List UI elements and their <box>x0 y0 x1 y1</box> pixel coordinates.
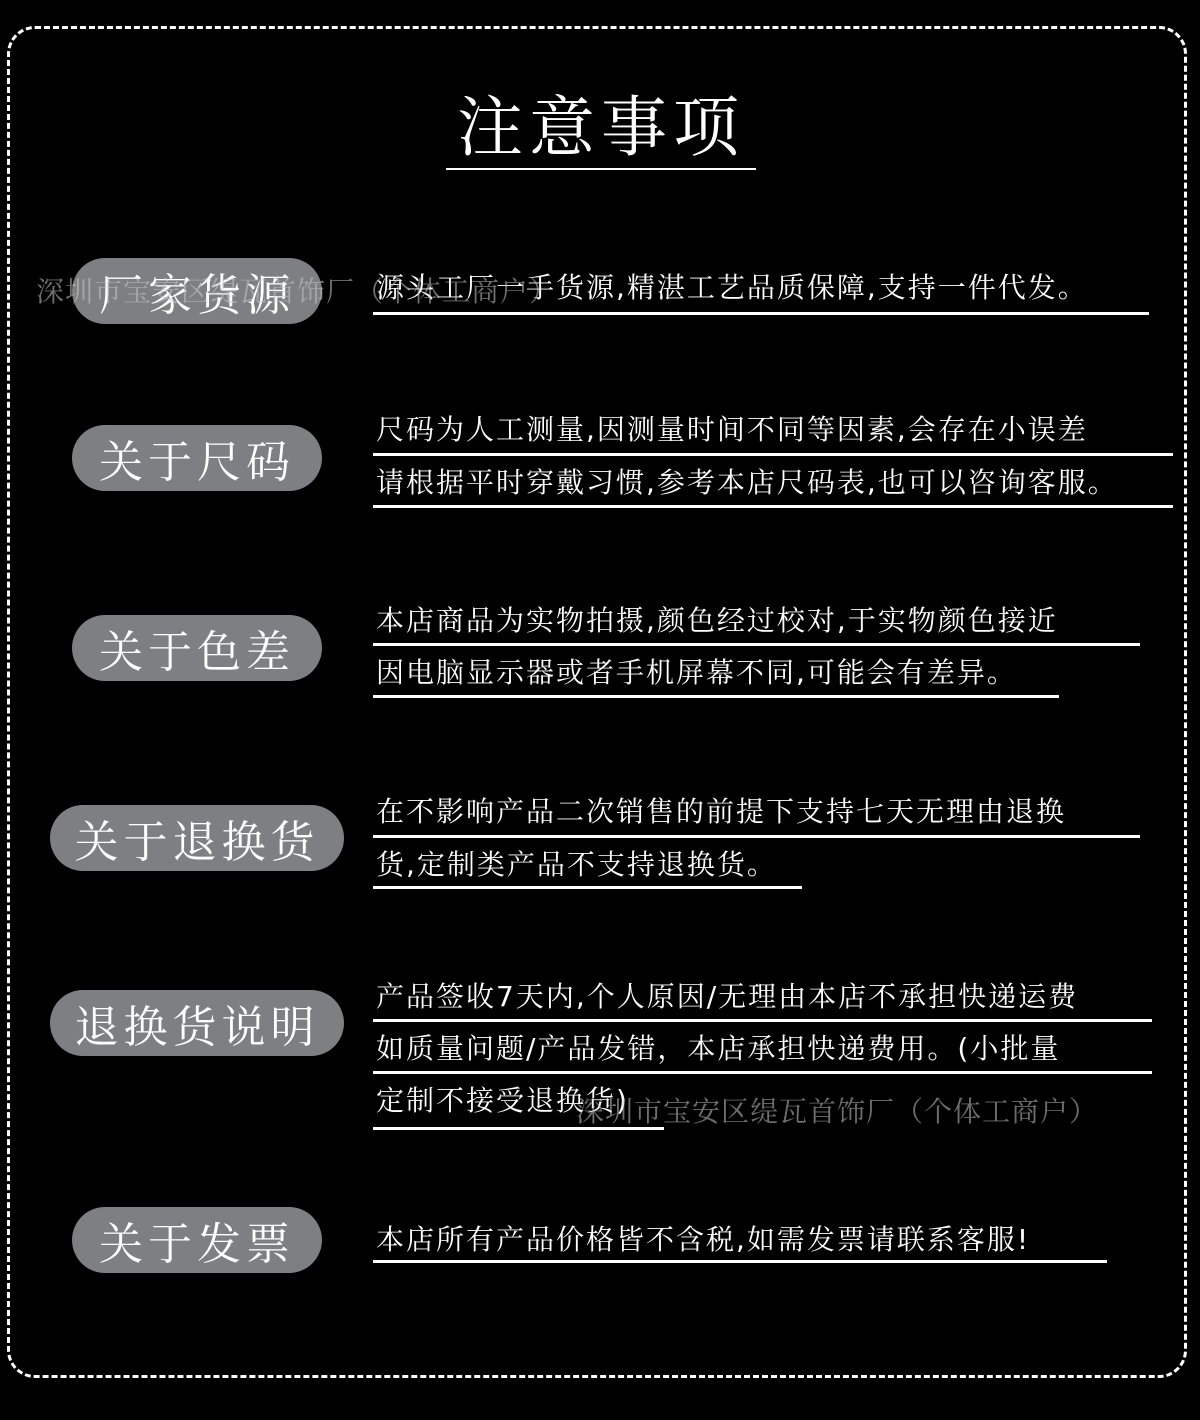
section-text-line: 在不影响产品二次销售的前提下支持七天无理由退换 <box>376 792 1066 832</box>
section-label-returns: 关于退换货 <box>50 805 344 871</box>
text-underline <box>373 1071 1152 1074</box>
text-underline <box>373 886 802 889</box>
title-underline <box>446 168 756 170</box>
section-text-line: 尺码为人工测量,因测量时间不同等因素,会存在小误差 <box>376 410 1088 450</box>
section-text-line: 如质量问题/产品发错，本店承担快递费用。(小批量 <box>376 1029 1060 1069</box>
watermark-text: 深圳市宝安区缇瓦首饰厂（个体工商户） <box>36 270 558 310</box>
section-label-invoice: 关于发票 <box>72 1207 322 1273</box>
text-underline <box>373 1260 1107 1263</box>
page-title: 注意事项 <box>446 86 756 170</box>
watermark-text: 深圳市宝安区缇瓦首饰厂（个体工商户） <box>576 1090 1098 1130</box>
section-label-color: 关于色差 <box>72 615 322 681</box>
dashed-border-frame <box>7 26 1187 1378</box>
text-underline <box>373 312 1149 315</box>
section-text-line: 因电脑显示器或者手机屏幕不同,可能会有差异。 <box>376 653 1017 693</box>
text-underline <box>373 695 1059 698</box>
section-text-line: 产品签收7天内,个人原因/无理由本店不承担快递运费 <box>376 977 1078 1017</box>
text-underline <box>373 453 1173 456</box>
text-underline <box>373 643 1140 646</box>
section-text-line: 本店商品为实物拍摄,颜色经过校对,于实物颜色接近 <box>376 601 1058 641</box>
section-label-return-policy: 退换货说明 <box>50 990 344 1056</box>
text-underline <box>373 1019 1152 1022</box>
section-text-line: 请根据平时穿戴习惯,参考本店尺码表,也可以咨询客服。 <box>376 463 1118 503</box>
section-text-line: 本店所有产品价格皆不含税,如需发票请联系客服! <box>376 1220 1030 1260</box>
section-text-line: 货,定制类产品不支持退换货。 <box>376 845 777 885</box>
section-label-size: 关于尺码 <box>72 425 322 491</box>
text-underline <box>373 505 1173 508</box>
text-underline <box>373 835 1140 838</box>
